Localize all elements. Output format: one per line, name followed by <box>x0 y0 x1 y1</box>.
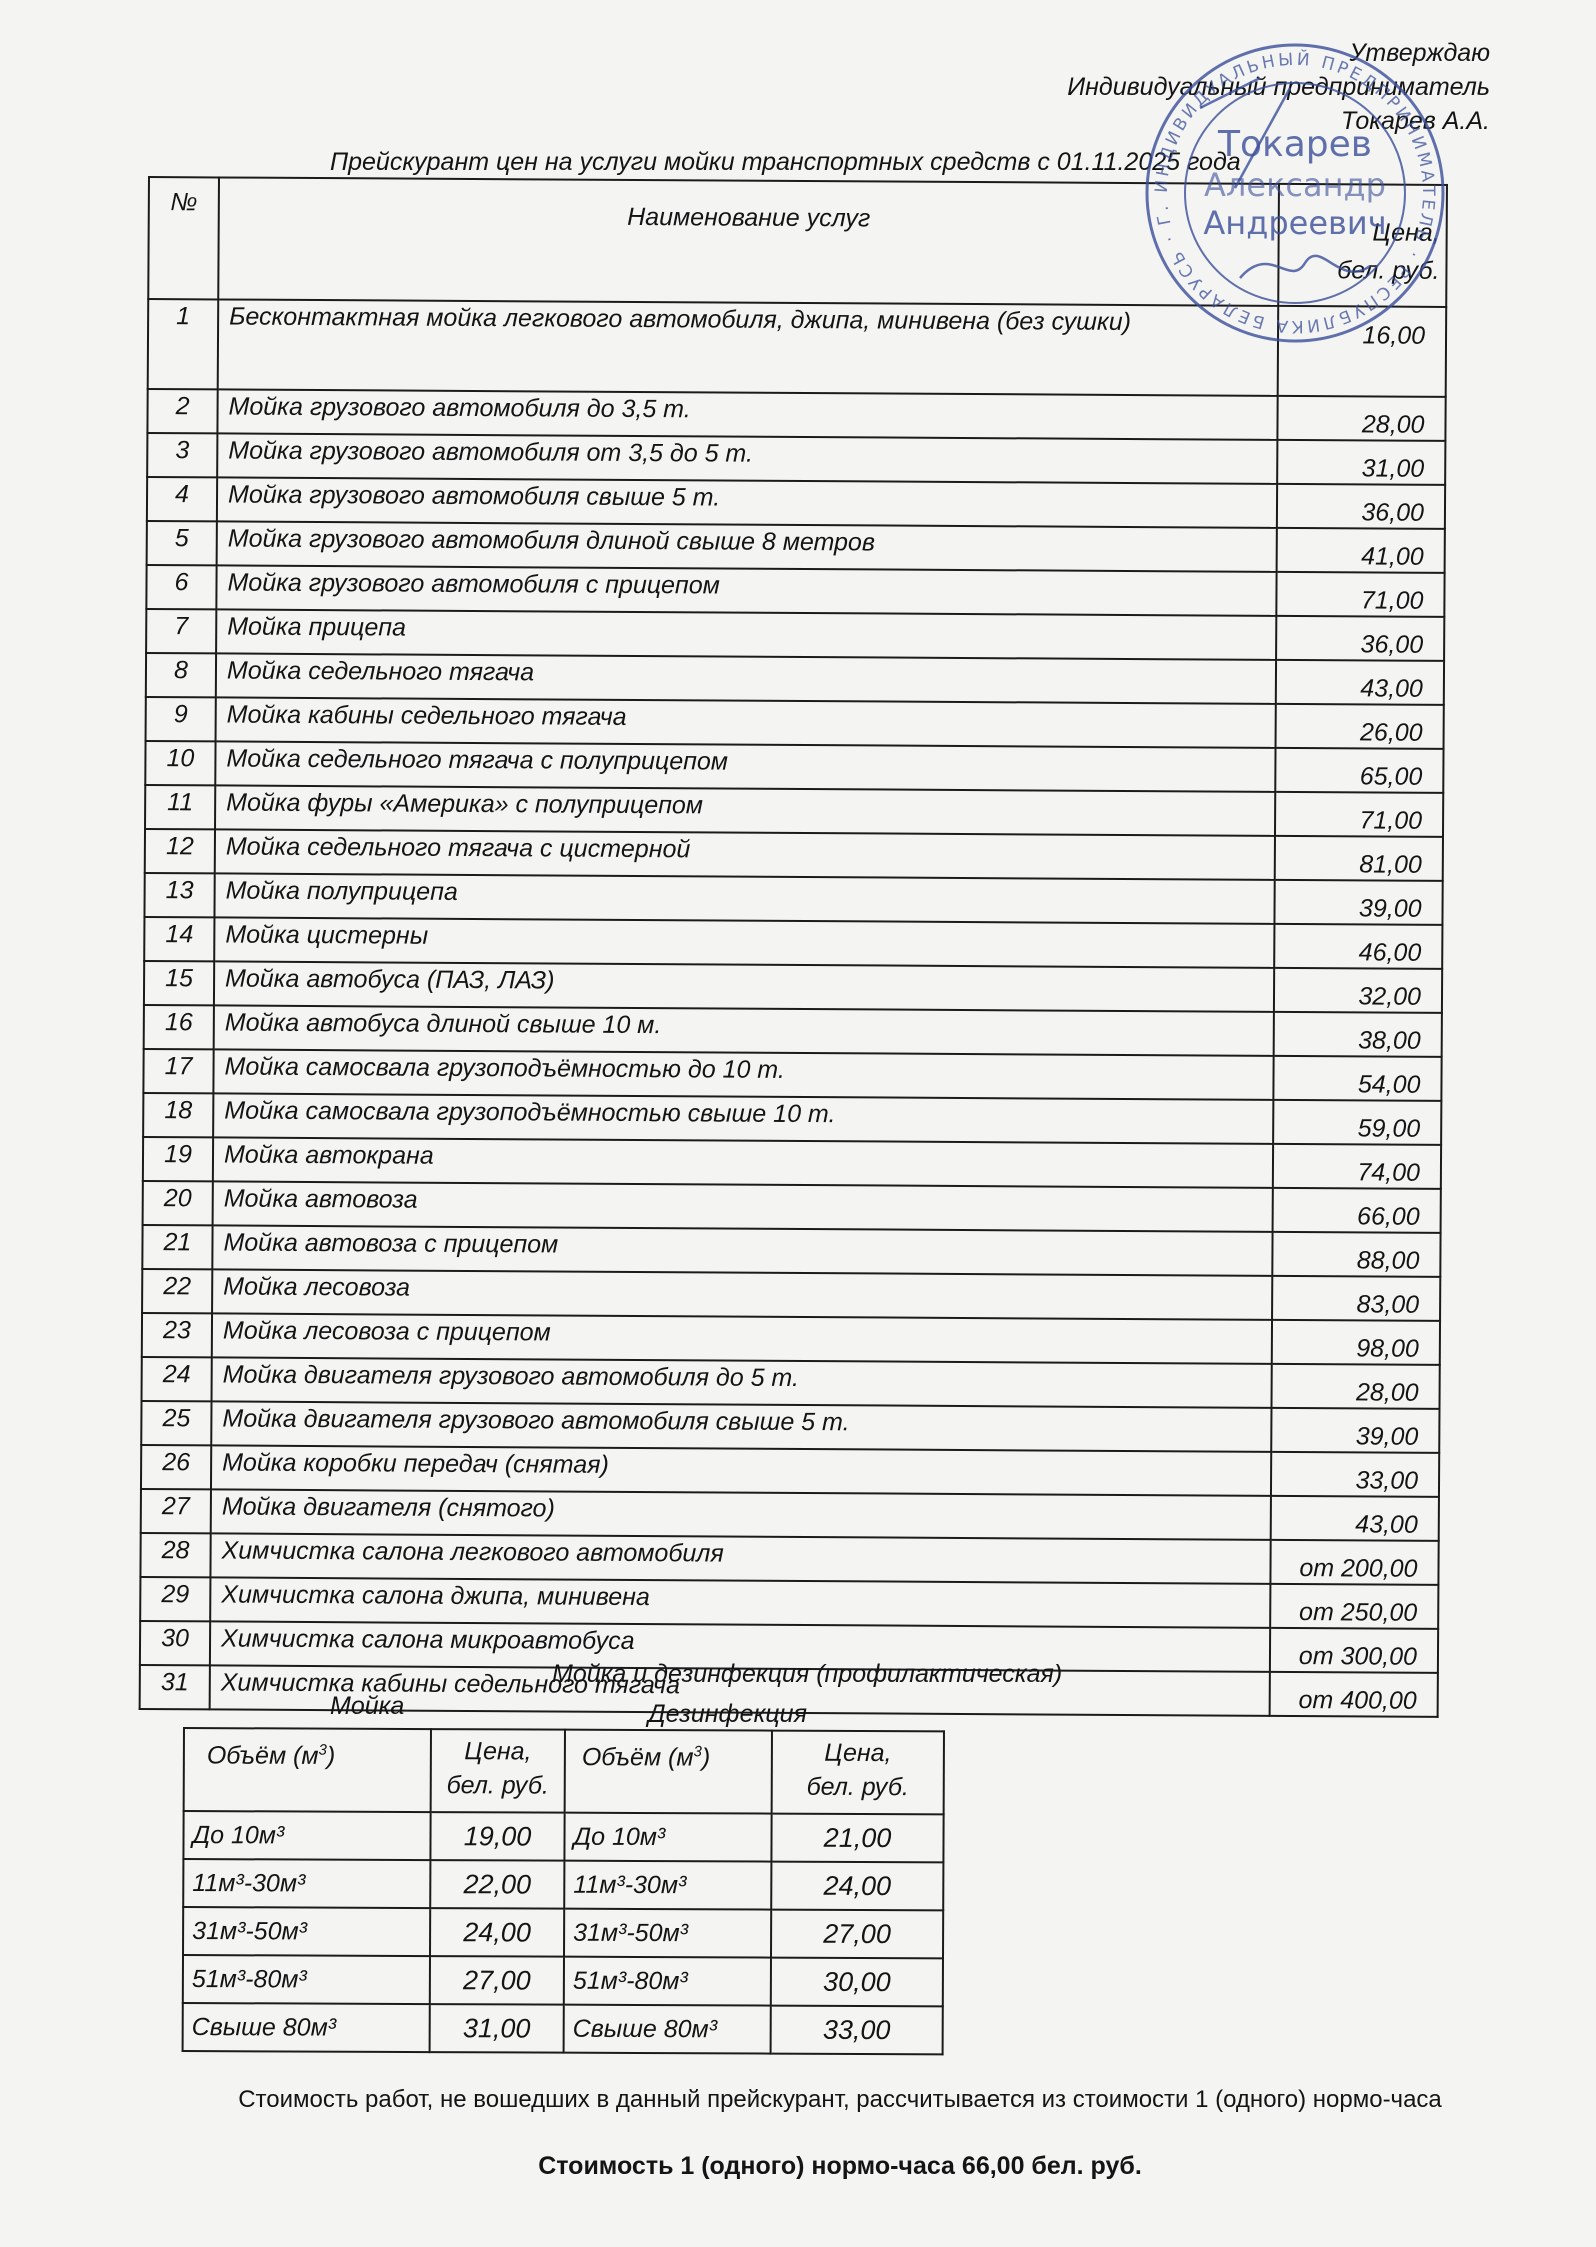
disinfection-title: Мойка и дезинфекция (профилактическая) <box>552 1660 1062 1689</box>
table-row: 22Мойка лесовоза83,00 <box>142 1269 1440 1321</box>
wash-price: 24,00 <box>430 1908 564 1957</box>
row-number: 13 <box>144 873 214 917</box>
row-price: 98,00 <box>1272 1320 1440 1365</box>
row-number: 11 <box>145 785 215 829</box>
row-number: 3 <box>147 433 217 477</box>
row-service-name: Мойка седельного тягача с полуприцепом <box>215 741 1275 791</box>
header-wash-volume: Объём (м3) <box>184 1728 431 1812</box>
approval-signatory: Токарев А.А. <box>1067 104 1490 138</box>
row-service-name: Мойка грузового автомобиля длиной свыше … <box>217 521 1277 571</box>
disinfection-table: Объём (м3) Цена, бел. руб. Объём (м3) Це… <box>182 1727 945 2055</box>
table-row: Свыше 80м³31,00Свыше 80м³33,00 <box>183 2003 943 2054</box>
row-price: 16,00 <box>1278 306 1447 397</box>
table-row: 11Мойка фуры «Америка» с полуприцепом71,… <box>145 785 1443 837</box>
row-service-name: Мойка грузового автомобиля до 3,5 т. <box>217 389 1277 439</box>
approval-block: Утверждаю Индивидуальный предприниматель… <box>1067 36 1490 138</box>
row-number: 28 <box>140 1533 210 1577</box>
price-line2: бел. руб. <box>433 1768 563 1803</box>
row-number: 30 <box>140 1621 210 1665</box>
row-number: 6 <box>146 565 216 609</box>
table-row: 2Мойка грузового автомобиля до 3,5 т.28,… <box>147 389 1445 441</box>
wash-price: 31,00 <box>430 2004 564 2053</box>
row-number: 1 <box>148 299 219 389</box>
table-row: 6Мойка грузового автомобиля с прицепом71… <box>146 565 1444 617</box>
row-price: 28,00 <box>1277 396 1445 441</box>
table-row: 11м³-30м³22,0011м³-30м³24,00 <box>183 1859 943 1910</box>
row-number: 9 <box>146 697 216 741</box>
table-row: 27Мойка двигателя (снятого)43,00 <box>141 1489 1439 1541</box>
table-row: 4Мойка грузового автомобиля свыше 5 т.36… <box>147 477 1445 529</box>
row-price: 32,00 <box>1274 968 1442 1013</box>
volume-sup: 3 <box>319 1742 327 1759</box>
row-number: 15 <box>144 961 214 1005</box>
row-service-name: Мойка автовоза <box>213 1181 1273 1231</box>
table-row: 23Мойка лесовоза с прицепом98,00 <box>142 1313 1440 1365</box>
table-row: 26Мойка коробки передач (снятая)33,00 <box>141 1445 1439 1497</box>
row-price: 31,00 <box>1277 440 1445 485</box>
row-price: 38,00 <box>1274 1012 1442 1057</box>
row-number: 5 <box>147 521 217 565</box>
row-service-name: Мойка прицепа <box>216 609 1276 659</box>
row-price: 74,00 <box>1273 1144 1441 1189</box>
header-price-line2: бел. руб. <box>1279 251 1439 290</box>
row-number: 19 <box>143 1137 213 1181</box>
disinfection-body: До 10м³19,00До 10м³21,0011м³-30м³22,0011… <box>183 1811 944 2054</box>
row-price: 71,00 <box>1275 792 1443 837</box>
header-wash-price: Цена, бел. руб. <box>431 1729 565 1813</box>
header-dis-volume: Объём (м3) <box>565 1730 772 1814</box>
dis-volume: 31м³-50м³ <box>564 1909 771 1958</box>
table-row: 28Химчистка салона легкового автомобиляо… <box>140 1533 1438 1585</box>
row-price: 39,00 <box>1274 880 1442 925</box>
table-row: 12Мойка седельного тягача с цистерной81,… <box>145 829 1443 881</box>
volume-label: Объём (м <box>582 1743 694 1771</box>
row-number: 17 <box>143 1049 213 1093</box>
row-number: 14 <box>144 917 214 961</box>
row-service-name: Мойка грузового автомобиля свыше 5 т. <box>217 477 1277 527</box>
row-number: 8 <box>146 653 216 697</box>
price-list-table: № Наименование услуг Цена, бел. руб. 1Бе… <box>139 176 1448 1718</box>
header-price-line1: Цена, <box>1280 213 1440 252</box>
row-price: от 400,00 <box>1270 1672 1438 1717</box>
table-row: 21Мойка автовоза с прицепом88,00 <box>142 1225 1440 1277</box>
row-service-name: Химчистка салона легкового автомобиля <box>210 1533 1270 1583</box>
dis-price: 21,00 <box>771 1814 943 1863</box>
row-number: 25 <box>141 1401 211 1445</box>
table-row: 18Мойка самосвала грузоподъёмностью свыш… <box>143 1093 1441 1145</box>
table-row: 25Мойка двигателя грузового автомобиля с… <box>141 1401 1439 1453</box>
wash-volume: 51м³-80м³ <box>183 1955 430 2004</box>
row-service-name: Мойка полуприцепа <box>214 873 1274 923</box>
row-price: 59,00 <box>1273 1100 1441 1145</box>
table-row: 19Мойка автокрана74,00 <box>143 1137 1441 1189</box>
row-service-name: Мойка кабины седельного тягача <box>216 697 1276 747</box>
dis-volume: 51м³-80м³ <box>564 1957 771 2006</box>
table-row: 13Мойка полуприцепа39,00 <box>144 873 1442 925</box>
row-number: 4 <box>147 477 217 521</box>
wash-volume: 11м³-30м³ <box>183 1859 430 1908</box>
dis-price: 27,00 <box>771 1910 943 1959</box>
row-service-name: Мойка коробки передач (снятая) <box>211 1445 1271 1495</box>
dis-volume: Свыше 80м³ <box>564 2005 771 2054</box>
wash-volume: До 10м³ <box>183 1811 430 1860</box>
table-row: 16Мойка автобуса длиной свыше 10 м.38,00 <box>144 1005 1442 1057</box>
row-price: 36,00 <box>1277 484 1445 529</box>
approval-position: Индивидуальный предприниматель <box>1067 70 1490 104</box>
table-row: 10Мойка седельного тягача с полуприцепом… <box>145 741 1443 793</box>
row-number: 10 <box>145 741 215 785</box>
row-service-name: Мойка грузового автомобиля с прицепом <box>216 565 1276 615</box>
row-number: 27 <box>141 1489 211 1533</box>
row-number: 29 <box>140 1577 210 1621</box>
table-row: 7Мойка прицепа36,00 <box>146 609 1444 661</box>
footer-note: Стоимость работ, не вошедших в данный пр… <box>200 2084 1480 2116</box>
volume-label: Объём (м <box>207 1741 319 1769</box>
wash-volume: 31м³-50м³ <box>183 1907 430 1956</box>
row-service-name: Мойка двигателя (снятого) <box>211 1489 1271 1539</box>
row-price: 28,00 <box>1271 1364 1439 1409</box>
wash-label: Мойка <box>330 1692 404 1721</box>
row-number: 16 <box>144 1005 214 1049</box>
row-service-name: Мойка самосвала грузоподъёмностью свыше … <box>213 1093 1273 1143</box>
table-row: 29Химчистка салона джипа, минивенаот 250… <box>140 1577 1438 1629</box>
price-line1: Цена, <box>433 1734 563 1769</box>
row-price: 88,00 <box>1272 1232 1440 1277</box>
dis-price: 24,00 <box>771 1862 943 1911</box>
row-price: 43,00 <box>1271 1496 1439 1541</box>
row-price: 46,00 <box>1274 924 1442 969</box>
row-price: от 200,00 <box>1270 1540 1438 1585</box>
row-service-name: Мойка самосвала грузоподъёмностью до 10 … <box>213 1049 1273 1099</box>
volume-close: ) <box>702 1744 710 1772</box>
row-number: 2 <box>147 389 217 433</box>
row-number: 22 <box>142 1269 212 1313</box>
table-row: 17Мойка самосвала грузоподъёмностью до 1… <box>143 1049 1441 1101</box>
price-line1: Цена, <box>774 1736 942 1771</box>
table-row: 20Мойка автовоза66,00 <box>143 1181 1441 1233</box>
row-price: от 250,00 <box>1270 1584 1438 1629</box>
wash-price: 22,00 <box>430 1860 564 1909</box>
document-title: Прейскурант цен на услуги мойки транспор… <box>330 148 1241 177</box>
wash-price: 19,00 <box>430 1812 564 1861</box>
row-price: 83,00 <box>1272 1276 1440 1321</box>
row-number: 21 <box>142 1225 212 1269</box>
row-price: 65,00 <box>1275 748 1443 793</box>
row-service-name: Мойка автобуса длиной свыше 10 м. <box>214 1005 1274 1055</box>
header-number: № <box>148 177 219 299</box>
row-service-name: Мойка грузового автомобиля от 3,5 до 5 т… <box>217 433 1277 483</box>
table-row: 9Мойка кабины седельного тягача26,00 <box>146 697 1444 749</box>
table-row: 8Мойка седельного тягача43,00 <box>146 653 1444 705</box>
row-service-name: Мойка лесовоза <box>212 1269 1272 1319</box>
row-price: 39,00 <box>1271 1408 1439 1453</box>
row-number: 24 <box>142 1357 212 1401</box>
row-price: 66,00 <box>1273 1188 1441 1233</box>
row-price: 26,00 <box>1276 704 1444 749</box>
row-price: 36,00 <box>1276 616 1444 661</box>
row-service-name: Химчистка салона джипа, минивена <box>210 1577 1270 1627</box>
volume-close: ) <box>327 1742 335 1770</box>
row-service-name: Мойка автобуса (ПАЗ, ЛАЗ) <box>214 961 1274 1011</box>
volume-sup: 3 <box>694 1743 702 1760</box>
row-service-name: Мойка автокрана <box>213 1137 1273 1187</box>
table-row: 14Мойка цистерны46,00 <box>144 917 1442 969</box>
row-number: 12 <box>145 829 215 873</box>
dis-volume: До 10м³ <box>564 1813 771 1862</box>
row-number: 23 <box>142 1313 212 1357</box>
row-price: от 300,00 <box>1270 1628 1438 1673</box>
header-dis-price: Цена, бел. руб. <box>772 1731 944 1815</box>
table-row: 51м³-80м³27,0051м³-80м³30,00 <box>183 1955 943 2006</box>
row-service-name: Мойка седельного тягача с цистерной <box>215 829 1275 879</box>
row-number: 26 <box>141 1445 211 1489</box>
approval-line: Утверждаю <box>1067 36 1490 70</box>
table-row: 1Бесконтактная мойка легкового автомобил… <box>148 299 1447 397</box>
row-price: 33,00 <box>1271 1452 1439 1497</box>
table-row: 5Мойка грузового автомобиля длиной свыше… <box>147 521 1445 573</box>
row-number: 7 <box>146 609 216 653</box>
row-number: 18 <box>143 1093 213 1137</box>
table-row: До 10м³19,00До 10м³21,00 <box>183 1811 943 1862</box>
table-row: 24Мойка двигателя грузового автомобиля д… <box>142 1357 1440 1409</box>
wash-price: 27,00 <box>430 1956 564 2005</box>
row-price: 71,00 <box>1276 572 1444 617</box>
row-price: 41,00 <box>1277 528 1445 573</box>
row-service-name: Мойка фуры «Америка» с полуприцепом <box>215 785 1275 835</box>
dis-price: 30,00 <box>771 1958 943 2007</box>
price-list-body: 1Бесконтактная мойка легкового автомобил… <box>140 299 1447 1717</box>
row-price: 81,00 <box>1275 836 1443 881</box>
dis-volume: 11м³-30м³ <box>564 1861 771 1910</box>
row-service-name: Мойка автовоза с прицепом <box>212 1225 1272 1275</box>
table-row: 15Мойка автобуса (ПАЗ, ЛАЗ)32,00 <box>144 961 1442 1013</box>
table-row: 31м³-50м³24,0031м³-50м³27,00 <box>183 1907 943 1958</box>
row-number: 31 <box>140 1665 210 1709</box>
row-service-name: Бесконтактная мойка легкового автомобиля… <box>218 299 1279 395</box>
row-service-name: Мойка цистерны <box>214 917 1274 967</box>
dis-price: 33,00 <box>771 2006 943 2055</box>
row-price: 54,00 <box>1273 1056 1441 1101</box>
row-service-name: Мойка двигателя грузового автомобиля до … <box>212 1357 1272 1407</box>
disinfection-label: Дезинфекция <box>648 1700 807 1729</box>
header-service-name: Наименование услуг <box>218 177 1279 305</box>
table-row: 3Мойка грузового автомобиля от 3,5 до 5 … <box>147 433 1445 485</box>
table-header-row: № Наименование услуг Цена, бел. руб. <box>148 177 1447 307</box>
header-price: Цена, бел. руб. <box>1278 184 1447 307</box>
wash-volume: Свыше 80м³ <box>183 2003 430 2052</box>
row-service-name: Мойка седельного тягача <box>216 653 1276 703</box>
row-service-name: Мойка лесовоза с прицепом <box>212 1313 1272 1363</box>
row-number: 20 <box>143 1181 213 1225</box>
footer-hour-cost: Стоимость 1 (одного) нормо-часа 66,00 бе… <box>200 2152 1480 2181</box>
row-service-name: Мойка двигателя грузового автомобиля свы… <box>211 1401 1271 1451</box>
price-line2: бел. руб. <box>774 1770 942 1805</box>
row-price: 43,00 <box>1276 660 1444 705</box>
disinfection-header-row: Объём (м3) Цена, бел. руб. Объём (м3) Це… <box>184 1728 944 1814</box>
